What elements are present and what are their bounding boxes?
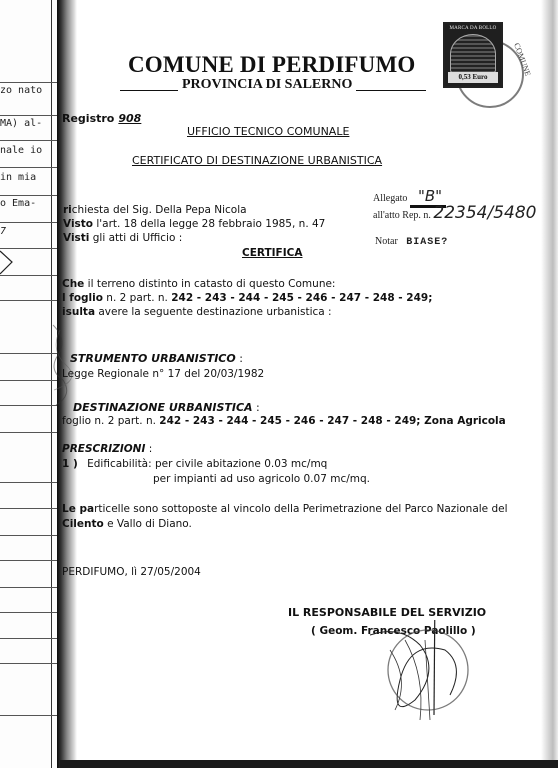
preamble-text: l'art. 18 della legge 28 febbraio 1985, … <box>93 218 325 230</box>
province-subtitle: PROVINCIA DI SALERNO <box>116 77 430 93</box>
place-date: PERDIFUMO, lì 27/05/2004 <box>62 566 201 578</box>
rep-number: 22354/5480 <box>433 203 536 223</box>
item-value-1: per civile abitazione 0.03 mc/mq <box>155 458 327 470</box>
municipality-title: COMUNE DI PERDIFUMO <box>128 52 415 78</box>
revenue-stamp-icon: MARCA DA BOLLO 0,53 Euro <box>443 22 503 88</box>
item-label: Edificabilità: <box>87 458 152 470</box>
handwritten-signature-icon <box>360 620 470 735</box>
vincolo-line: Le particelle sono sottoposte al vincolo… <box>62 503 508 515</box>
certificate-document: COMUNE DI PERDIFUMO PROVINCIA DI SALERNO… <box>0 0 558 768</box>
stamp-label: MARCA DA BOLLO <box>445 26 501 31</box>
strumento-heading: STRUMENTO URBANISTICO : <box>70 352 243 365</box>
prescrizioni-heading-text: PRESCRIZIONI <box>62 443 145 455</box>
preamble-lead: ri <box>63 204 72 216</box>
body-line: l foglio n. 2 part. n. 242 - 243 - 244 -… <box>62 292 432 304</box>
vincolo-lead: Le pa <box>62 503 94 515</box>
body-text: avere la seguente destinazione urbanisti… <box>95 306 332 318</box>
certificate-title: CERTIFICATO DI DESTINAZIONE URBANISTICA <box>132 154 382 167</box>
registro-number: 908 <box>118 112 141 125</box>
notar-line: Notar BIASE? <box>375 236 448 248</box>
strumento-heading-text: STRUMENTO URBANISTICO <box>70 352 236 365</box>
place: PERDIFUMO <box>62 566 125 578</box>
vincolo-line: Cilento e Vallo di Diano. <box>62 518 192 530</box>
rep-label: all'atto Rep. n. <box>373 210 431 221</box>
body-text: n. 2 part. n. <box>103 292 171 304</box>
destinazione-parcels: 242 - 243 - 244 - 245 - 246 - 247 - 248 … <box>159 415 505 427</box>
rep-line: all'atto Rep. n. 22354/5480 <box>373 203 536 223</box>
stamp-smudge-icon <box>48 320 78 410</box>
prescrizione-item: 1 ) Edificabilità: per civile abitazione… <box>62 458 327 470</box>
body-lead: isulta <box>62 306 95 318</box>
registro-line: Registro908 <box>62 112 141 125</box>
destinazione-value: foglio n. 2 part. n. 242 - 243 - 244 - 2… <box>62 415 506 427</box>
decorative-rule <box>120 90 178 91</box>
body-lead: Che <box>62 278 84 290</box>
preamble-text: gli atti di Ufficio : <box>89 232 182 244</box>
notar-name: BIASE? <box>406 237 448 248</box>
destinazione-heading-text: DESTINAZIONE URBANISTICA <box>73 401 253 414</box>
date: , lì 27/05/2004 <box>125 566 201 578</box>
vincolo-text: rticelle sono sottoposte al vincolo dell… <box>94 503 507 515</box>
prescrizione-item-line2: per impianti ad uso agricolo 0.07 mc/mq. <box>153 473 370 485</box>
preamble-lead: Visto <box>63 218 93 230</box>
preamble-line: richiesta del Sig. Della Pepa Nicola <box>63 204 247 216</box>
parcel-list: 242 - 243 - 244 - 245 - 246 - 247 - 248 … <box>171 292 432 304</box>
notar-label: Notar <box>375 236 398 247</box>
prescrizioni-heading: PRESCRIZIONI : <box>62 443 152 455</box>
item-number: 1 ) <box>62 458 78 470</box>
province-name: PROVINCIA DI SALERNO <box>182 77 352 92</box>
stamp-value: 0,53 Euro <box>448 72 498 83</box>
preamble-text: chiesta del Sig. Della Pepa Nicola <box>72 204 247 216</box>
stamp-image <box>450 34 496 74</box>
signatory-role: IL RESPONSABILE DEL SERVIZIO <box>288 606 486 619</box>
vincolo-lead: Cilento <box>62 518 104 530</box>
registro-label: Registro <box>62 112 114 125</box>
body-text: il terreno distinto in catasto di questo… <box>84 278 335 290</box>
office-name: UFFICIO TECNICO COMUNALE <box>187 125 349 138</box>
body-lead: l foglio <box>62 292 103 304</box>
preamble-lead: Visti <box>63 232 89 244</box>
destinazione-heading: DESTINAZIONE URBANISTICA : <box>73 401 260 414</box>
preamble-line: Visti gli atti di Ufficio : <box>63 232 182 244</box>
certifica-heading: CERTIFICA <box>242 247 302 259</box>
body-line: Che il terreno distinto in catasto di qu… <box>62 278 335 290</box>
vincolo-text: e Vallo di Diano. <box>104 518 192 530</box>
decorative-rule <box>356 90 426 91</box>
preamble-line: Visto l'art. 18 della legge 28 febbraio … <box>63 218 325 230</box>
destinazione-prefix: foglio n. 2 part. n. <box>62 415 159 427</box>
body-line: isulta avere la seguente destinazione ur… <box>62 306 332 318</box>
strumento-value: Legge Regionale n° 17 del 20/03/1982 <box>62 368 264 380</box>
